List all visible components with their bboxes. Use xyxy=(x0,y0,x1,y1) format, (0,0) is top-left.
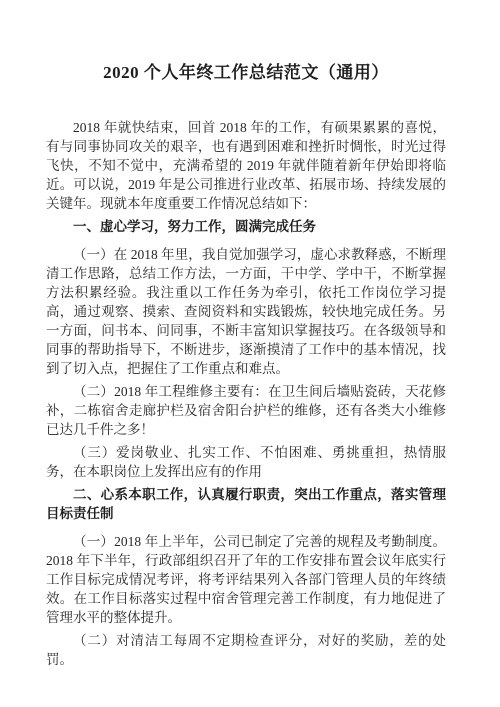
document-page: 2020 个人年终工作总结范文（通用） 2018 年就快结束，回首 2018 年… xyxy=(0,0,500,707)
paragraph-2-2: （二）对清洁工每周不定期检查评分，对好的奖励，差的处罚。 xyxy=(46,631,446,669)
paragraph-1-2: （二）2018 年工程维修主要有：在卫生间后墙贴瓷砖，天花修补，二栋宿舍走廊护栏… xyxy=(46,382,446,439)
doc-title: 2020 个人年终工作总结范文（通用） xyxy=(46,62,446,84)
paragraph-intro: 2018 年就快结束，回首 2018 年的工作，有硕果累累的喜悦，有与同事协同攻… xyxy=(46,118,446,213)
paragraph-1-1: （一）在 2018 年里，我自觉加强学习，虚心求教释惑，不断理清工作思路，总结工… xyxy=(46,245,446,378)
paragraph-1-3: （三）爱岗敬业、扎实工作、不怕困难、勇挑重担，热情服务，在本职岗位上发挥出应有的… xyxy=(46,443,446,481)
section-heading-2: 二、心系本职工作，认真履行职责，突出工作重点，落实管理目标责任制 xyxy=(46,485,446,523)
paragraph-2-1: （一）2018 年上半年，公司已制定了完善的规程及考勤制度。2018 年下半年，… xyxy=(46,532,446,627)
section-heading-1: 一、虚心学习，努力工作，圆满完成任务 xyxy=(46,217,446,236)
